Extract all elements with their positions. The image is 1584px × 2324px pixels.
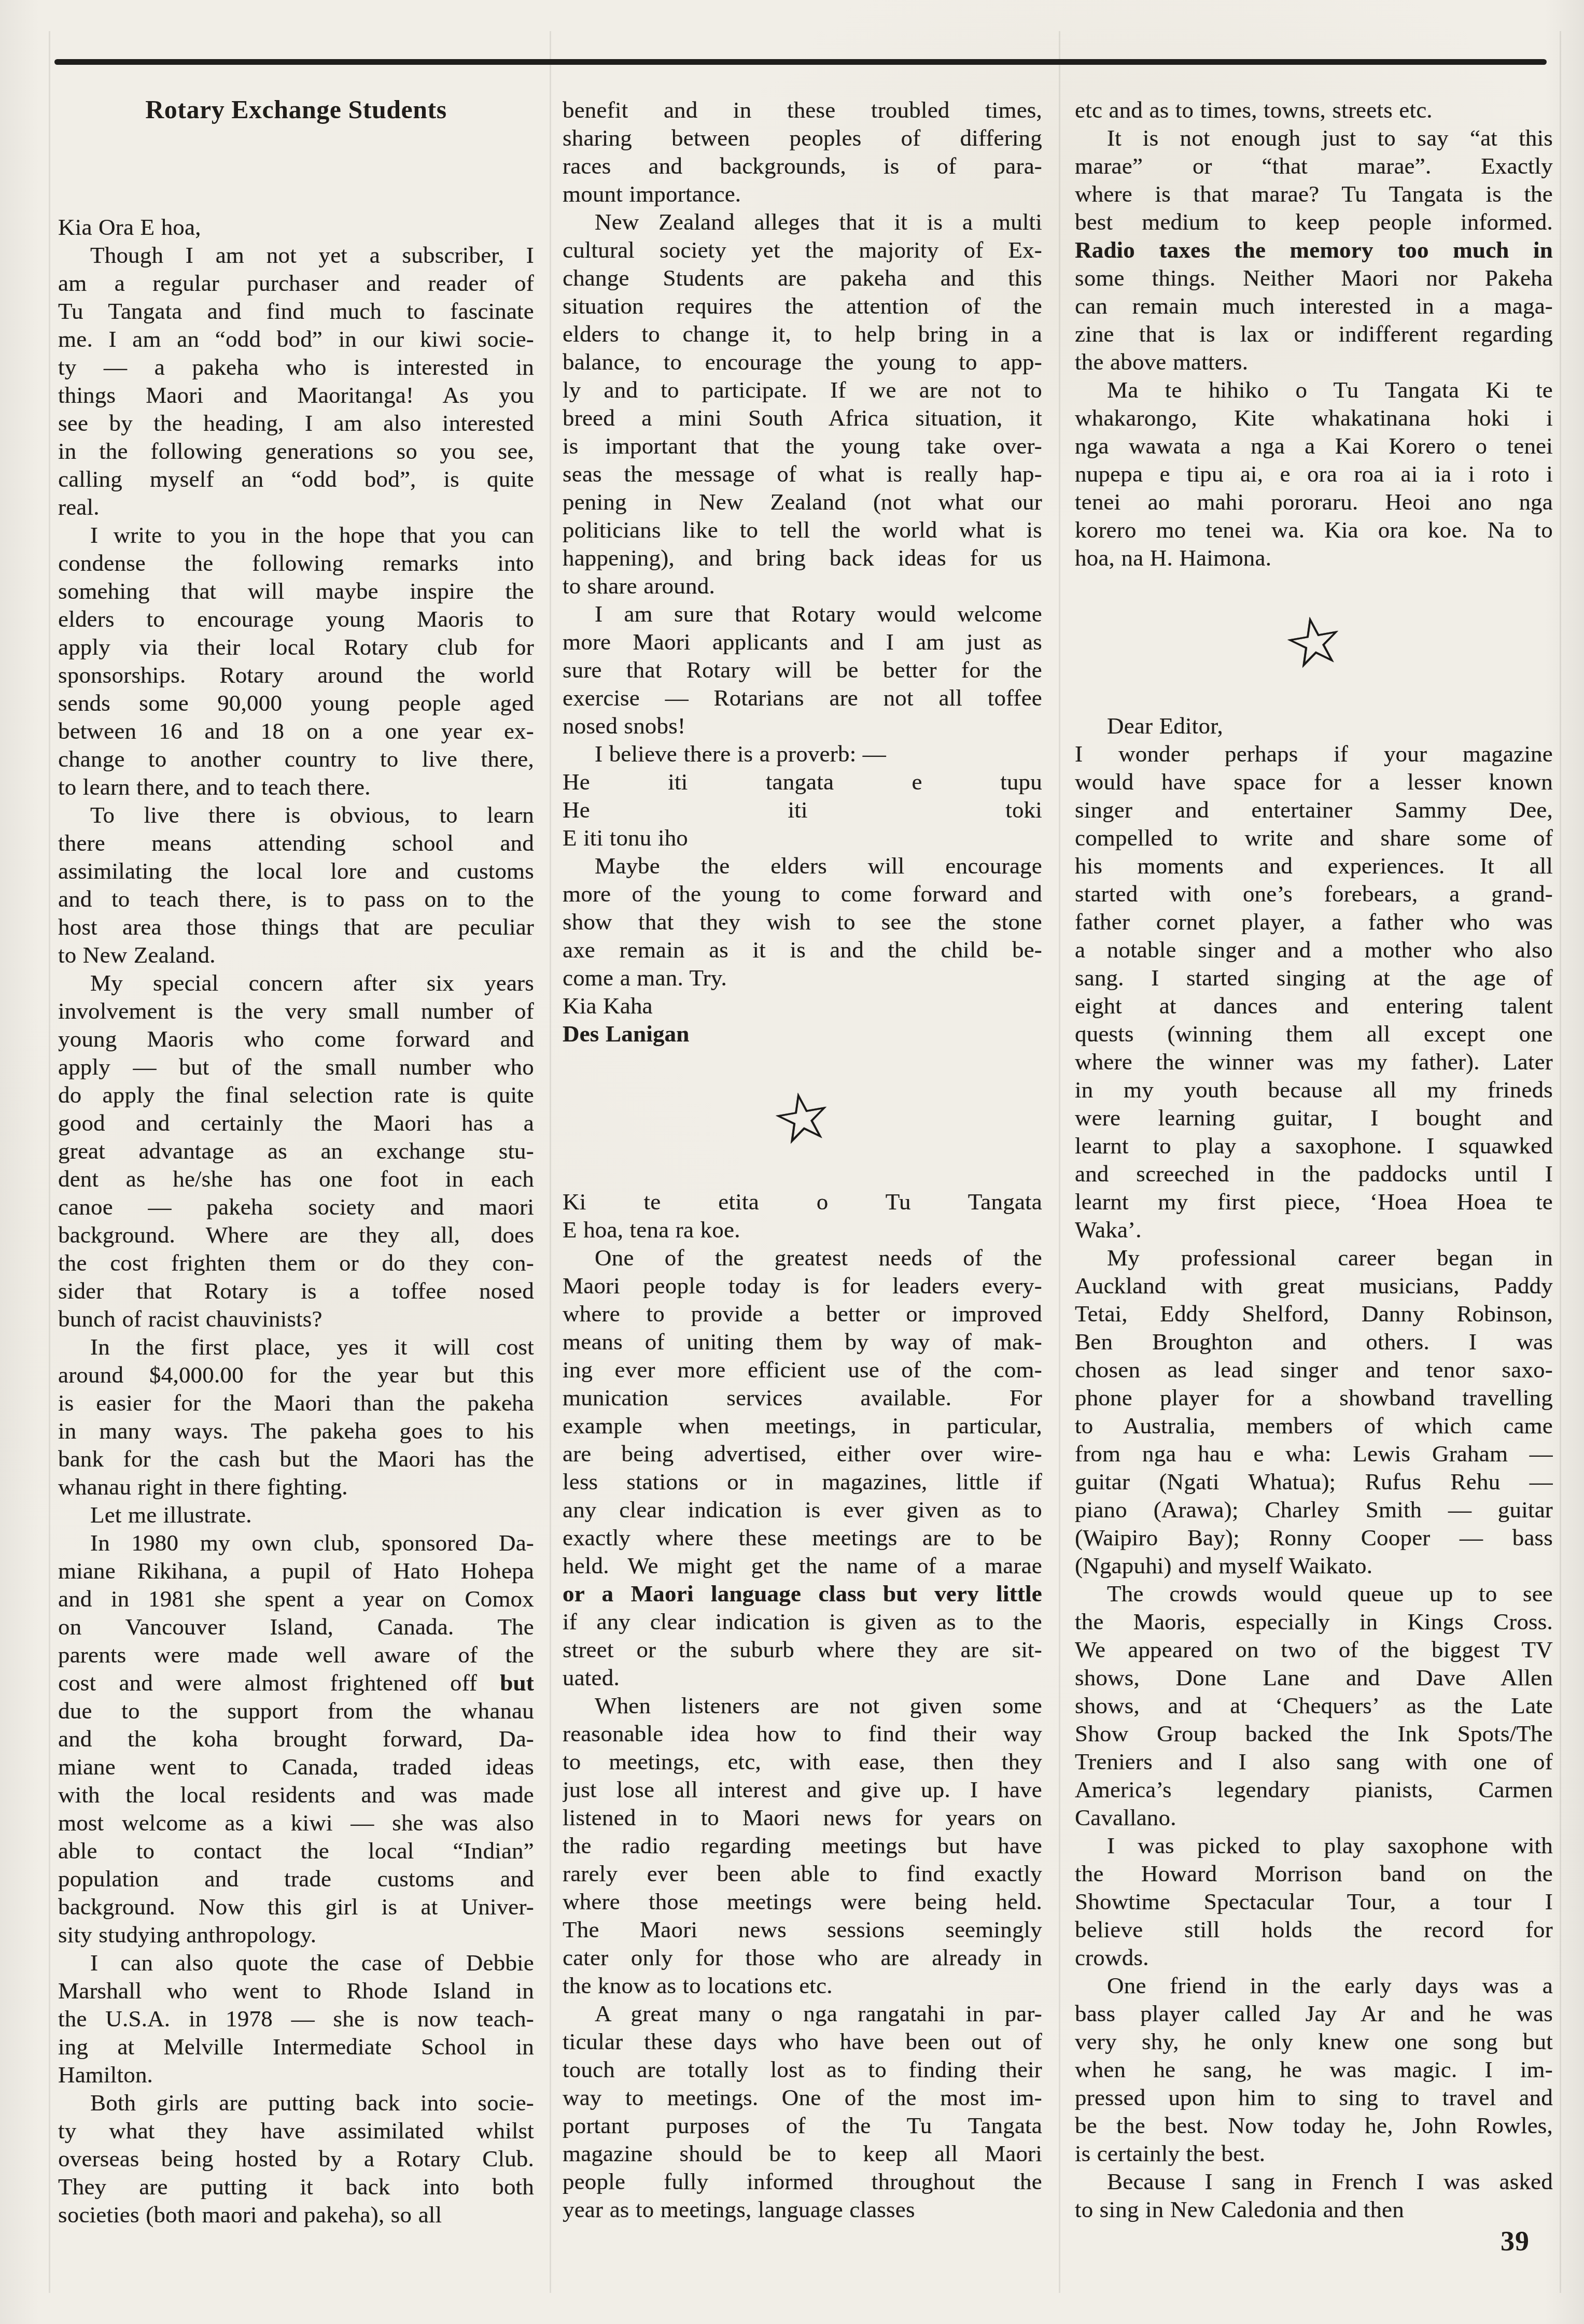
text-line: My professional career began in xyxy=(1075,1244,1553,1272)
page-number: 39 xyxy=(1501,2225,1530,2257)
text-line: A great many o nga rangatahi in par- xyxy=(563,1999,1042,2027)
text-line: sponsorships. Rotary around the world xyxy=(58,661,534,689)
text-line: best medium to keep people informed. xyxy=(1075,208,1553,236)
text-line: the know as to locations etc. xyxy=(563,1971,1042,1999)
text-line: One friend in the early days was a xyxy=(1075,1971,1553,1999)
text-line: In 1980 my own club, sponsored Da- xyxy=(58,1529,534,1557)
text-line: population and trade customs and xyxy=(58,1865,534,1893)
text-line: to learn there, and to teach there. xyxy=(58,773,534,801)
text-line: and to teach there, is to pass on to the xyxy=(58,885,534,913)
text-line: I am sure that Rotary would welcome xyxy=(563,600,1042,628)
text-line: Showtime Spectacular Tour, a tour I xyxy=(1075,1888,1553,1915)
text-line: Ki te etita o Tu Tangata xyxy=(563,1188,1042,1216)
text-line: nga wawata a nga a Kai Korero o tenei xyxy=(1075,432,1553,460)
text-line: uated. xyxy=(563,1664,1042,1692)
text-line: I can also quote the case of Debbie xyxy=(58,1949,534,1977)
text-line: phone player for a showband travelling xyxy=(1075,1384,1553,1412)
scan-gutter-line-mid-2 xyxy=(1059,31,1060,2293)
text-line: started with one’s forebears, a grand- xyxy=(1075,880,1553,908)
text-line: a notable singer and a mother who also xyxy=(1075,936,1553,964)
text-line: Maori people today is for leaders every- xyxy=(563,1272,1042,1300)
text-line: Though I am not yet a subscriber, I xyxy=(58,241,534,269)
text-line: To live there is obvious, to learn xyxy=(58,801,534,829)
text-line: pressed upon him to sing to travel and xyxy=(1075,2083,1553,2111)
text-line: mount importance. xyxy=(563,180,1042,208)
text-line: learnt my first piece, ‘Hoea Hoea te xyxy=(1075,1188,1553,1216)
text-line: cultural society yet the majority of Ex- xyxy=(563,236,1042,264)
text-line: singer and entertainer Sammy Dee, xyxy=(1075,796,1553,824)
text-line: to New Zealand. xyxy=(58,941,534,969)
text-line: munication services available. For xyxy=(563,1384,1042,1412)
text-line: the Howard Morrison band on the xyxy=(1075,1860,1553,1888)
text-line: Let me illustrate. xyxy=(58,1501,534,1529)
text-line: whakarongo, Kite whakatinana hoki i xyxy=(1075,404,1553,432)
text-line: the radio regarding meetings but have xyxy=(563,1832,1042,1860)
text-line: people fully informed throughout the xyxy=(563,2167,1042,2195)
text-line: axe remain as it is and the child be- xyxy=(563,936,1042,964)
text-line: bank for the cash but the Maori has the xyxy=(58,1445,534,1473)
text-line: The crowds would queue up to see xyxy=(1075,1580,1553,1608)
text-line: crowds. xyxy=(1075,1943,1553,1971)
text-line: Treniers and I also sang with one of xyxy=(1075,1748,1553,1776)
text-line: calling myself an “odd bod”, is quite xyxy=(58,465,534,493)
text-line: good and certainly the Maori has a xyxy=(58,1109,534,1137)
text-line: to sing in New Caledonia and then xyxy=(1075,2195,1553,2223)
text-line: where to provide a better or improved xyxy=(563,1300,1042,1328)
text-line: miane Rikihana, a pupil of Hato Hohepa xyxy=(58,1557,534,1585)
text-line: sends some 90,000 young people aged xyxy=(58,689,534,717)
text-line: tenei ao mahi pororaru. Heoi ano nga xyxy=(1075,488,1553,516)
text-line: Marshall who went to Rhode Island in xyxy=(58,1977,534,2005)
text-line: host area those things that are peculiar xyxy=(58,913,534,941)
text-line: Tu Tangata and find much to fascinate xyxy=(58,297,534,325)
text-line: miane went to Canada, traded ideas xyxy=(58,1753,534,1781)
text-line: Des Lanigan xyxy=(563,1020,1042,1048)
text-line: very shy, he only knew one song but xyxy=(1075,2027,1553,2055)
text-line: etc and as to times, towns, streets etc. xyxy=(1075,96,1553,124)
text-line: reasonable idea how to find their way xyxy=(563,1720,1042,1748)
text-line: change Students are pakeha and this xyxy=(563,264,1042,292)
text-line: between 16 and 18 on a one year ex- xyxy=(58,717,534,745)
text-line: shows, and at ‘Chequers’ as the Late xyxy=(1075,1692,1553,1720)
text-line: E hoa, tena ra koe. xyxy=(563,1216,1042,1244)
text-line: America’s legendary pianists, Carmen xyxy=(1075,1776,1553,1804)
text-line: more Maori applicants and I am just as xyxy=(563,628,1042,656)
scan-gutter-line-left xyxy=(49,31,50,2293)
text-line: happening), and bring back ideas for us xyxy=(563,544,1042,572)
text-line: quests (winning them all except one xyxy=(1075,1020,1553,1048)
text-line: Ma te hihiko o Tu Tangata Ki te xyxy=(1075,376,1553,404)
text-line: in the following generations so you see, xyxy=(58,437,534,465)
text-line: One of the greatest needs of the xyxy=(563,1244,1042,1272)
text-line: able to contact the local “Indian” xyxy=(58,1837,534,1865)
text-line: bass player called Jay Ar and he was xyxy=(1075,1999,1553,2027)
text-line: with the local residents and was made xyxy=(58,1781,534,1809)
text-line: can remain much interested in a maga- xyxy=(1075,292,1553,320)
text-line: ing at Melville Intermediate School in xyxy=(58,2033,534,2061)
text-line: politicians like to tell the world what … xyxy=(563,516,1042,544)
text-line: if any clear indication is given as to t… xyxy=(563,1608,1042,1636)
text-line: the cost frighten them or do they con- xyxy=(58,1249,534,1277)
text-line: sity studying anthropology. xyxy=(58,1921,534,1949)
text-line: It is not enough just to say “at this xyxy=(1075,124,1553,152)
text-line: Waka’. xyxy=(1075,1216,1553,1244)
text-line: Cavallano. xyxy=(1075,1804,1553,1832)
text-line: show that they wish to see the stone xyxy=(563,908,1042,936)
text-line: The Maori news sessions seemingly xyxy=(563,1915,1042,1943)
text-line: guitar (Ngati Whatua); Rufus Rehu — xyxy=(1075,1468,1553,1496)
text-line: He iti toki xyxy=(563,796,1042,824)
text-line: benefit and in these troubled times, xyxy=(563,96,1042,124)
text-line: background. Now this girl is at Univer- xyxy=(58,1893,534,1921)
text-line: is certainly the best. xyxy=(1075,2139,1553,2167)
text-line: apply — but of the small number who xyxy=(58,1053,534,1081)
text-line: canoe — pakeha society and maori xyxy=(58,1193,534,1221)
text-line: the U.S.A. in 1978 — she is now teach- xyxy=(58,2005,534,2033)
text-line: breed a mini South Africa situation, it xyxy=(563,404,1042,432)
text-line: I wonder perhaps if your magazine xyxy=(1075,740,1553,768)
text-line: He iti tangata e tupu xyxy=(563,768,1042,796)
text-line: bunch of racist chauvinists? xyxy=(58,1305,534,1333)
text-line: We appeared on two of the biggest TV xyxy=(1075,1636,1553,1664)
text-line: in many ways. The pakeha goes to his xyxy=(58,1417,534,1445)
text-line: is important that the young take over- xyxy=(563,432,1042,460)
text-line: portant purposes of the Tu Tangata xyxy=(563,2111,1042,2139)
text-line: touch are totally lost as to finding the… xyxy=(563,2055,1042,2083)
text-line: some things. Neither Maori nor Pakeha xyxy=(1075,264,1553,292)
text-line: involvement is the very small number of xyxy=(58,997,534,1025)
text-line: come a man. Try. xyxy=(563,964,1042,992)
text-line: sharing between peoples of differing xyxy=(563,124,1042,152)
scan-gutter-line-right xyxy=(1560,31,1561,2293)
text-line: apply via their local Rotary club for xyxy=(58,633,534,661)
section-divider: ☆ xyxy=(563,1048,1042,1188)
text-line: balance, to encourage the young to app- xyxy=(563,348,1042,376)
text-line: magazine should be to keep all Maori xyxy=(563,2139,1042,2167)
column-3: etc and as to times, towns, streets etc.… xyxy=(1075,96,1553,2223)
text-line: the Maoris, especially in Kings Cross. xyxy=(1075,1608,1553,1636)
text-line: me. I am an “odd bod” in our kiwi socie- xyxy=(58,325,534,353)
text-line: Dear Editor, xyxy=(1075,712,1553,740)
text-line: Show Group backed the Ink Spots/The xyxy=(1075,1720,1553,1748)
text-line: his moments and experiences. It all xyxy=(1075,852,1553,880)
text-line: more of the young to come forward and xyxy=(563,880,1042,908)
text-line: am a regular purchaser and reader of xyxy=(58,269,534,297)
text-line: Kia Ora E hoa, xyxy=(58,213,534,241)
text-line: Tetai, Eddy Shelford, Danny Robinson, xyxy=(1075,1300,1553,1328)
text-line: are being advertised, either over wire- xyxy=(563,1440,1042,1468)
text-line: marae” or “that marae”. Exactly xyxy=(1075,152,1553,180)
text-line: due to the support from the whanau xyxy=(58,1697,534,1725)
column-2: benefit and in these troubled times,shar… xyxy=(563,96,1042,2223)
text-line: father cornet player, a father who was xyxy=(1075,908,1553,936)
text-line: elders to change it, to help bring in a xyxy=(563,320,1042,348)
text-line: somehing that will maybe inspire the xyxy=(58,577,534,605)
text-line: seas the message of what is really hap- xyxy=(563,460,1042,488)
text-line: Auckland with great musicians, Paddy xyxy=(1075,1272,1553,1300)
star-divider-icon: ☆ xyxy=(767,1079,838,1156)
text-line: to meetings, etc, with ease, then they xyxy=(563,1748,1042,1776)
text-line: when he sang, he was magic. I im- xyxy=(1075,2055,1553,2083)
text-line: zine that is lax or indifferent regardin… xyxy=(1075,320,1553,348)
text-line: way to meetings. One of the most im- xyxy=(563,2083,1042,2111)
text-line: learnt to play a saxophone. I squawked xyxy=(1075,1132,1553,1160)
scan-gutter-line-mid-1 xyxy=(550,31,551,2293)
text-line: the above matters. xyxy=(1075,348,1553,376)
text-line: New Zealand alleges that it is a multi xyxy=(563,208,1042,236)
text-line: year as to meetings, language classes xyxy=(563,2195,1042,2223)
text-line: do apply the final selection rate is qui… xyxy=(58,1081,534,1109)
text-line: shows, Done Lane and Dave Allen xyxy=(1075,1664,1553,1692)
text-line: My special concern after six years xyxy=(58,969,534,997)
text-line: In the first place, yes it will cost xyxy=(58,1333,534,1361)
text-line: rarely ever been able to find exactly xyxy=(563,1860,1042,1888)
text-line: exactly where these meetings are to be xyxy=(563,1524,1042,1552)
text-line: nosed snobs! xyxy=(563,712,1042,740)
text-line: would have space for a lesser known xyxy=(1075,768,1553,796)
text-line: listened in to Maori news for years on xyxy=(563,1804,1042,1832)
text-line: ticular these days who have been out of xyxy=(563,2027,1042,2055)
text-line: (Ngapuhi) and myself Waikato. xyxy=(1075,1552,1553,1580)
text-line: from nga hau e wha: Lewis Graham — xyxy=(1075,1440,1553,1468)
text-line: I was picked to play saxophone with xyxy=(1075,1832,1553,1860)
text-line: were learning guitar, I bought and xyxy=(1075,1104,1553,1132)
text-line: to Australia, members of which came xyxy=(1075,1412,1553,1440)
text-line: is easier for the Maori than the pakeha xyxy=(58,1389,534,1417)
text-line: means of uniting them by way of mak- xyxy=(563,1328,1042,1356)
text-line: and screeched in the paddocks until I xyxy=(1075,1160,1553,1188)
text-line: assimilating the local lore and customs xyxy=(58,857,534,885)
text-line: example when meetings, in particular, xyxy=(563,1412,1042,1440)
text-line: piano (Arawa); Charley Smith — guitar xyxy=(1075,1496,1553,1524)
text-line: korero mo tenei wa. Kia ora koe. Na to xyxy=(1075,516,1553,544)
text-line: young Maoris who come forward and xyxy=(58,1025,534,1053)
text-line: sure that Rotary will be better for the xyxy=(563,656,1042,684)
text-line: ty what they have assimilated whilst xyxy=(58,2117,534,2145)
text-line: condense the following remarks into xyxy=(58,549,534,577)
text-line: background. Where are they all, does xyxy=(58,1221,534,1249)
text-line: ly and to participate. If we are not to xyxy=(563,376,1042,404)
text-line: and the koha brought forward, Da- xyxy=(58,1725,534,1753)
text-line: overseas being hosted by a Rotary Club. xyxy=(58,2145,534,2173)
text-line: believe still holds the record for xyxy=(1075,1915,1553,1943)
text-line: Kia Kaha xyxy=(563,992,1042,1020)
text-line: ty — a pakeha who is interested in xyxy=(58,353,534,381)
text-line: races and backgrounds, is of para- xyxy=(563,152,1042,180)
text-line: where the winner was my father). Later xyxy=(1075,1048,1553,1076)
text-line: or a Maori language class but very littl… xyxy=(563,1580,1042,1608)
text-line: Because I sang in French I was asked xyxy=(1075,2167,1553,2195)
star-divider-icon: ☆ xyxy=(1278,603,1350,680)
text-line: Hamilton. xyxy=(58,2061,534,2089)
text-line: things Maori and Maoritanga! As you xyxy=(58,381,534,409)
text-line: elders to encourage young Maoris to xyxy=(58,605,534,633)
text-line: where is that marae? Tu Tangata is the xyxy=(1075,180,1553,208)
text-line: sider that Rotary is a toffee nosed xyxy=(58,1277,534,1305)
text-line: in my youth because all my frineds xyxy=(1075,1076,1553,1104)
text-line: sang. I started singing at the age of xyxy=(1075,964,1553,992)
text-line: on Vancouver Island, Canada. The xyxy=(58,1613,534,1641)
text-line: change to another country to live there, xyxy=(58,745,534,773)
text-line: They are putting it back into both xyxy=(58,2173,534,2201)
text-line: exercise — Rotarians are not all toffee xyxy=(563,684,1042,712)
text-line: I believe there is a proverb: — xyxy=(563,740,1042,768)
text-line: whanau right in there fighting. xyxy=(58,1473,534,1501)
text-line: eight at dances and entering talent xyxy=(1075,992,1553,1020)
text-line: around $4,000.00 for the year but this xyxy=(58,1361,534,1389)
text-line: real. xyxy=(58,493,534,521)
text-line: societies (both maori and pakeha), so al… xyxy=(58,2201,534,2229)
text-line: compelled to write and share some of xyxy=(1075,824,1553,852)
text-line: be the best. Now today he, John Rowles, xyxy=(1075,2111,1553,2139)
text-line: chosen as lead singer and tenor saxo- xyxy=(1075,1356,1553,1384)
text-line: where those meetings were being held. xyxy=(563,1888,1042,1915)
text-line: Radio taxes the memory too much in xyxy=(1075,236,1553,264)
text-line: nupepa e tipu ai, e ora roa ai ia i roto… xyxy=(1075,460,1553,488)
text-line: just lose all interest and give up. I ha… xyxy=(563,1776,1042,1804)
section-divider: ☆ xyxy=(1075,572,1553,712)
text-line: Maybe the elders will encourage xyxy=(563,852,1042,880)
letter-heading: Rotary Exchange Students xyxy=(58,95,534,124)
text-line: dent as he/she has one foot in each xyxy=(58,1165,534,1193)
text-line: held. We might get the name of a marae xyxy=(563,1552,1042,1580)
top-rule xyxy=(54,59,1547,65)
text-line: ing ever more efficient use of the com- xyxy=(563,1356,1042,1384)
text-line: great advantage as an exchange stu- xyxy=(58,1137,534,1165)
magazine-page: Rotary Exchange Students Kia Ora E hoa,T… xyxy=(0,0,1584,2324)
text-line: (Waipiro Bay); Ronny Cooper — bass xyxy=(1075,1524,1553,1552)
text-line: cost and were almost frightened off but xyxy=(58,1669,534,1697)
text-line: there means attending school and xyxy=(58,829,534,857)
text-line: hoa, na H. Haimona. xyxy=(1075,544,1553,572)
text-line: situation requires the attention of the xyxy=(563,292,1042,320)
text-line: Ben Broughton and others. I was xyxy=(1075,1328,1553,1356)
text-line: less stations or in magazines, little if xyxy=(563,1468,1042,1496)
text-line: see by the heading, I am also interested xyxy=(58,409,534,437)
text-line: pening in New Zealand (not what our xyxy=(563,488,1042,516)
text-line: E iti tonu iho xyxy=(563,824,1042,852)
text-line: and in 1981 she spent a year on Comox xyxy=(58,1585,534,1613)
text-line: parents were made well aware of the xyxy=(58,1641,534,1669)
text-line: any clear indication is ever given as to xyxy=(563,1496,1042,1524)
text-line: I write to you in the hope that you can xyxy=(58,521,534,549)
column-1: Kia Ora E hoa,Though I am not yet a subs… xyxy=(58,213,534,2229)
text-line: cater only for those who are already in xyxy=(563,1943,1042,1971)
text-line: When listeners are not given some xyxy=(563,1692,1042,1720)
text-line: Both girls are putting back into socie- xyxy=(58,2089,534,2117)
text-line: most welcome as a kiwi — she was also xyxy=(58,1809,534,1837)
text-line: street or the suburb where they are sit- xyxy=(563,1636,1042,1664)
text-line: to share around. xyxy=(563,572,1042,600)
